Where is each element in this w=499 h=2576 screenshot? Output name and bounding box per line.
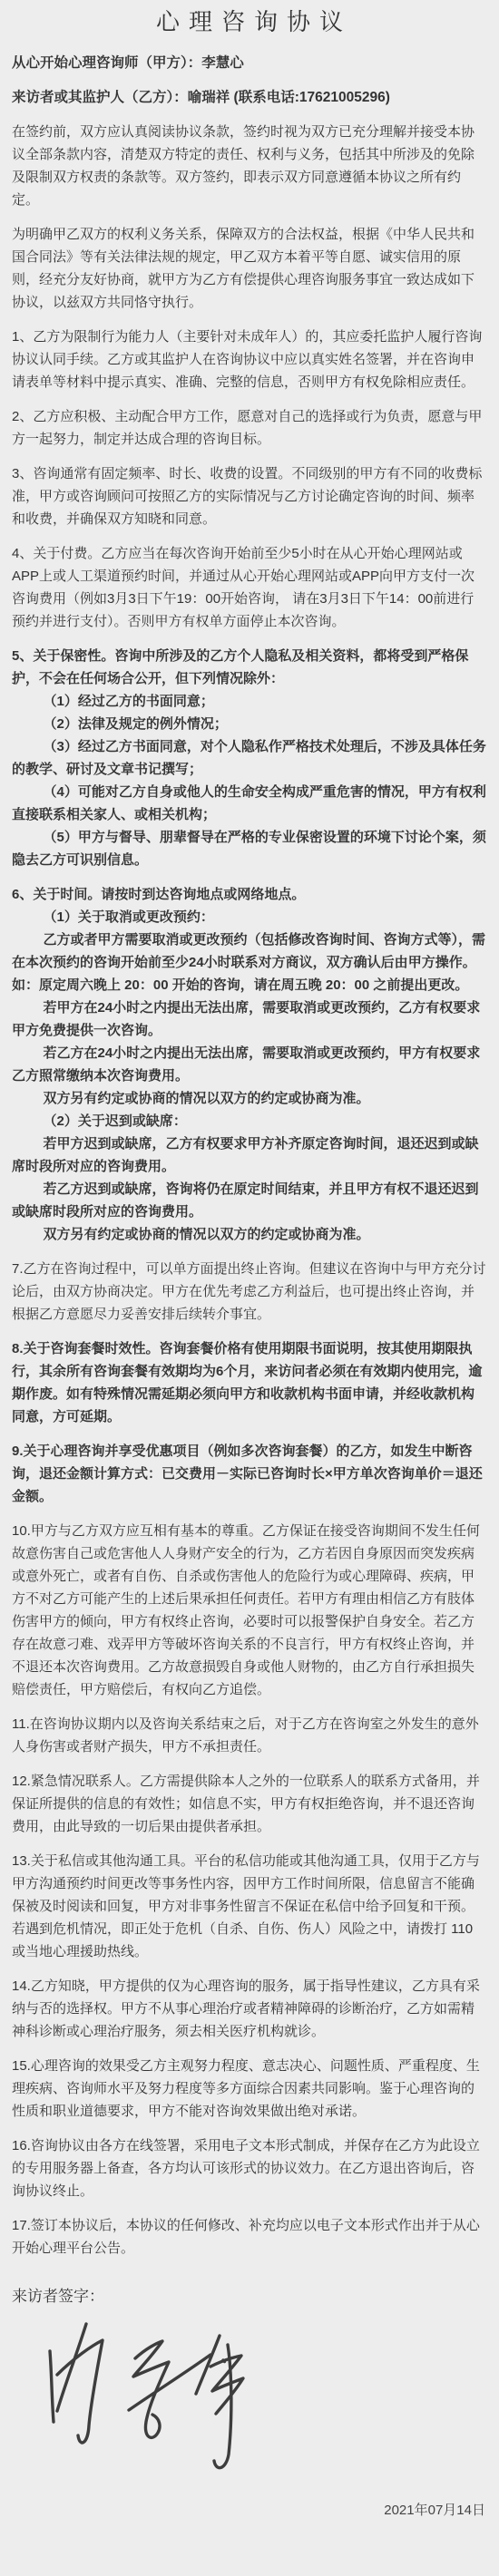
clause-paragraph: 7.乙方在咨询过程中，可以单方面提出终止咨询。但建议在咨询中与甲方充分讨论后，由… bbox=[12, 1258, 487, 1326]
clause-paragraph: （4）可能对乙方自身或他人的生命安全构成严重危害的情况，甲方有权利直接联系相关家… bbox=[12, 781, 487, 826]
clause-paragraph: 若乙方在24小时之内提出无法出席，需要取消或更改预约，甲方有权要求乙方照常缴纳本… bbox=[12, 1042, 487, 1087]
page-title: 心理咨询协议 bbox=[12, 11, 487, 34]
clause-paragraph: 17.签订本协议后，本协议的任何修改、补充均应以电子文本形式作出并于从心开始心理… bbox=[12, 2214, 487, 2260]
clause: 17.签订本协议后，本协议的任何修改、补充均应以电子文本形式作出并于从心开始心理… bbox=[12, 2214, 487, 2260]
clause: 12.紧急情况联系人。乙方需提供除本人之外的一位联系人的联系方式备用，并保证所提… bbox=[12, 1770, 487, 1838]
clause: 3、咨询通常有固定频率、时长、收费的设置。不同级别的甲方有不同的收费标准，甲方或… bbox=[12, 462, 487, 530]
signature-scrawl-icon bbox=[41, 2318, 268, 2486]
clause-paragraph: 若乙方迟到或缺席，咨询将仍在原定时间结束，并且甲方有权不退还迟到或缺席时段所对应… bbox=[12, 1178, 487, 1223]
clause-paragraph: 若甲方在24小时之内提出无法出席，需要取消或更改预约，乙方有权要求甲方免费提供一… bbox=[12, 996, 487, 1042]
clause: 6、关于时间。请按时到达咨询地点或网络地点。（1）关于取消或更改预约：乙方或者甲… bbox=[12, 883, 487, 1246]
clause-paragraph: 1、乙方为限制行为能力人（主要针对未成年人）的，其应委托监护人履行咨询协议认同手… bbox=[12, 326, 487, 394]
clause-paragraph: 2、乙方应积极、主动配合甲方工作，愿意对自己的选择或行为负责，愿意与甲方一起努力… bbox=[12, 405, 487, 451]
clauses-list: 1、乙方为限制行为能力人（主要针对未成年人）的，其应委托监护人履行咨询协议认同手… bbox=[12, 326, 487, 2260]
clause-paragraph: 6、关于时间。请按时到达咨询地点或网络地点。 bbox=[12, 883, 487, 906]
clause-paragraph: 4、关于付费。乙方应当在每次咨询开始前至少5小时在从心开始心理网站或APP上或人… bbox=[12, 542, 487, 633]
clause-paragraph: 乙方或者甲方需要取消或更改预约（包括修改咨询时间、咨询方式等），需在本次预约的咨… bbox=[12, 928, 487, 996]
clause: 4、关于付费。乙方应当在每次咨询开始前至少5小时在从心开始心理网站或APP上或人… bbox=[12, 542, 487, 633]
clause-paragraph: （1）经过乙方的书面同意； bbox=[12, 690, 487, 713]
clause-paragraph: 双方另有约定或协商的情况以双方的约定或协商为准。 bbox=[12, 1087, 487, 1110]
clause: 16.咨询协议由各方在线签署，采用电子文本形式制成，并保存在乙方为此设立的专用服… bbox=[12, 2134, 487, 2202]
handwritten-signature-image bbox=[41, 2318, 268, 2486]
clause: 5、关于保密性。咨询中所涉及的乙方个人隐私及相关资料，都将受到严格保护，不会在任… bbox=[12, 645, 487, 871]
signature-label: 来访者签字： bbox=[12, 2285, 487, 2308]
party-a-line: 从心开始心理咨询师（甲方）：李慧心 bbox=[12, 52, 487, 74]
clause: 10.甲方与乙方双方应互相有基本的尊重。乙方保证在接受咨询期间不发生任何故意伤害… bbox=[12, 1520, 487, 1701]
clause-paragraph: 13.关于私信或其他沟通工具。平台的私信功能或其他沟通工具，仅用于乙方与甲方沟通… bbox=[12, 1850, 487, 1963]
intro-paragraph-2: 为明确甲乙双方的权利义务关系，保障双方的合法权益，根据《中华人民共和国合同法》等… bbox=[12, 223, 487, 314]
party-b-line: 来访者或其监护人（乙方）：喻瑞祥 (联系电话:17621005296) bbox=[12, 86, 487, 109]
clause-paragraph: 若甲方迟到或缺席，乙方有权要求甲方补齐原定咨询时间，退还迟到或缺席时段所对应的咨… bbox=[12, 1132, 487, 1178]
clause-paragraph: （2）法律及规定的例外情况； bbox=[12, 713, 487, 735]
clause-paragraph: （2）关于迟到或缺席： bbox=[12, 1110, 487, 1132]
clause: 14.乙方知晓，甲方提供的仅为心理咨询的服务，属于指导性建议，乙方具有采纳与否的… bbox=[12, 1975, 487, 2043]
clause-paragraph: 10.甲方与乙方双方应互相有基本的尊重。乙方保证在接受咨询期间不发生任何故意伤害… bbox=[12, 1520, 487, 1701]
clause: 8.关于咨询套餐时效性。咨询套餐价格有使用期限书面说明，按其使用期限执行，其余所… bbox=[12, 1337, 487, 1428]
clause-paragraph: （5）甲方与督导、朋辈督导在严格的专业保密设置的环境下讨论个案，须隐去乙方可识别… bbox=[12, 826, 487, 871]
clause-paragraph: 15.心理咨询的效果受乙方主观努力程度、意志决心、问题性质、严重程度、生理疾病、… bbox=[12, 2055, 487, 2123]
clause: 7.乙方在咨询过程中，可以单方面提出终止咨询。但建议在咨询中与甲方充分讨论后，由… bbox=[12, 1258, 487, 1326]
clause-paragraph: 11.在咨询协议期内以及咨询关系结束之后，对于乙方在咨询室之外发生的意外人身伤害… bbox=[12, 1713, 487, 1758]
clause: 2、乙方应积极、主动配合甲方工作，愿意对自己的选择或行为负责，愿意与甲方一起努力… bbox=[12, 405, 487, 451]
signature-date: 2021年07月14日 bbox=[12, 2499, 485, 2522]
clause-paragraph: （1）关于取消或更改预约： bbox=[12, 906, 487, 928]
clause-paragraph: 3、咨询通常有固定频率、时长、收费的设置。不同级别的甲方有不同的收费标准，甲方或… bbox=[12, 462, 487, 530]
clause-paragraph: 双方另有约定或协商的情况以双方的约定或协商为准。 bbox=[12, 1223, 487, 1246]
intro-paragraph-1: 在签约前，双方应认真阅读协议条款，签约时视为双方已充分理解并接受本协议全部条款内… bbox=[12, 121, 487, 211]
clause-paragraph: 5、关于保密性。咨询中所涉及的乙方个人隐私及相关资料，都将受到严格保护，不会在任… bbox=[12, 645, 487, 690]
clause: 15.心理咨询的效果受乙方主观努力程度、意志决心、问题性质、严重程度、生理疾病、… bbox=[12, 2055, 487, 2123]
clause: 9.关于心理咨询并享受优惠项目（例如多次咨询套餐）的乙方，如发生中断咨询，退还金… bbox=[12, 1440, 487, 1508]
agreement-document: 心理咨询协议 从心开始心理咨询师（甲方）：李慧心 来访者或其监护人（乙方）：喻瑞… bbox=[0, 0, 499, 2576]
clause-paragraph: （3）经过乙方书面同意，对个人隐私作严格技术处理后，不涉及具体任务的教学、研讨及… bbox=[12, 735, 487, 781]
clause: 1、乙方为限制行为能力人（主要针对未成年人）的，其应委托监护人履行咨询协议认同手… bbox=[12, 326, 487, 394]
clause-paragraph: 8.关于咨询套餐时效性。咨询套餐价格有使用期限书面说明，按其使用期限执行，其余所… bbox=[12, 1337, 487, 1428]
clause: 11.在咨询协议期内以及咨询关系结束之后，对于乙方在咨询室之外发生的意外人身伤害… bbox=[12, 1713, 487, 1758]
clause: 13.关于私信或其他沟通工具。平台的私信功能或其他沟通工具，仅用于乙方与甲方沟通… bbox=[12, 1850, 487, 1963]
clause-paragraph: 16.咨询协议由各方在线签署，采用电子文本形式制成，并保存在乙方为此设立的专用服… bbox=[12, 2134, 487, 2202]
clause-paragraph: 14.乙方知晓，甲方提供的仅为心理咨询的服务，属于指导性建议，乙方具有采纳与否的… bbox=[12, 1975, 487, 2043]
clause-paragraph: 9.关于心理咨询并享受优惠项目（例如多次咨询套餐）的乙方，如发生中断咨询，退还金… bbox=[12, 1440, 487, 1508]
clause-paragraph: 12.紧急情况联系人。乙方需提供除本人之外的一位联系人的联系方式备用，并保证所提… bbox=[12, 1770, 487, 1838]
